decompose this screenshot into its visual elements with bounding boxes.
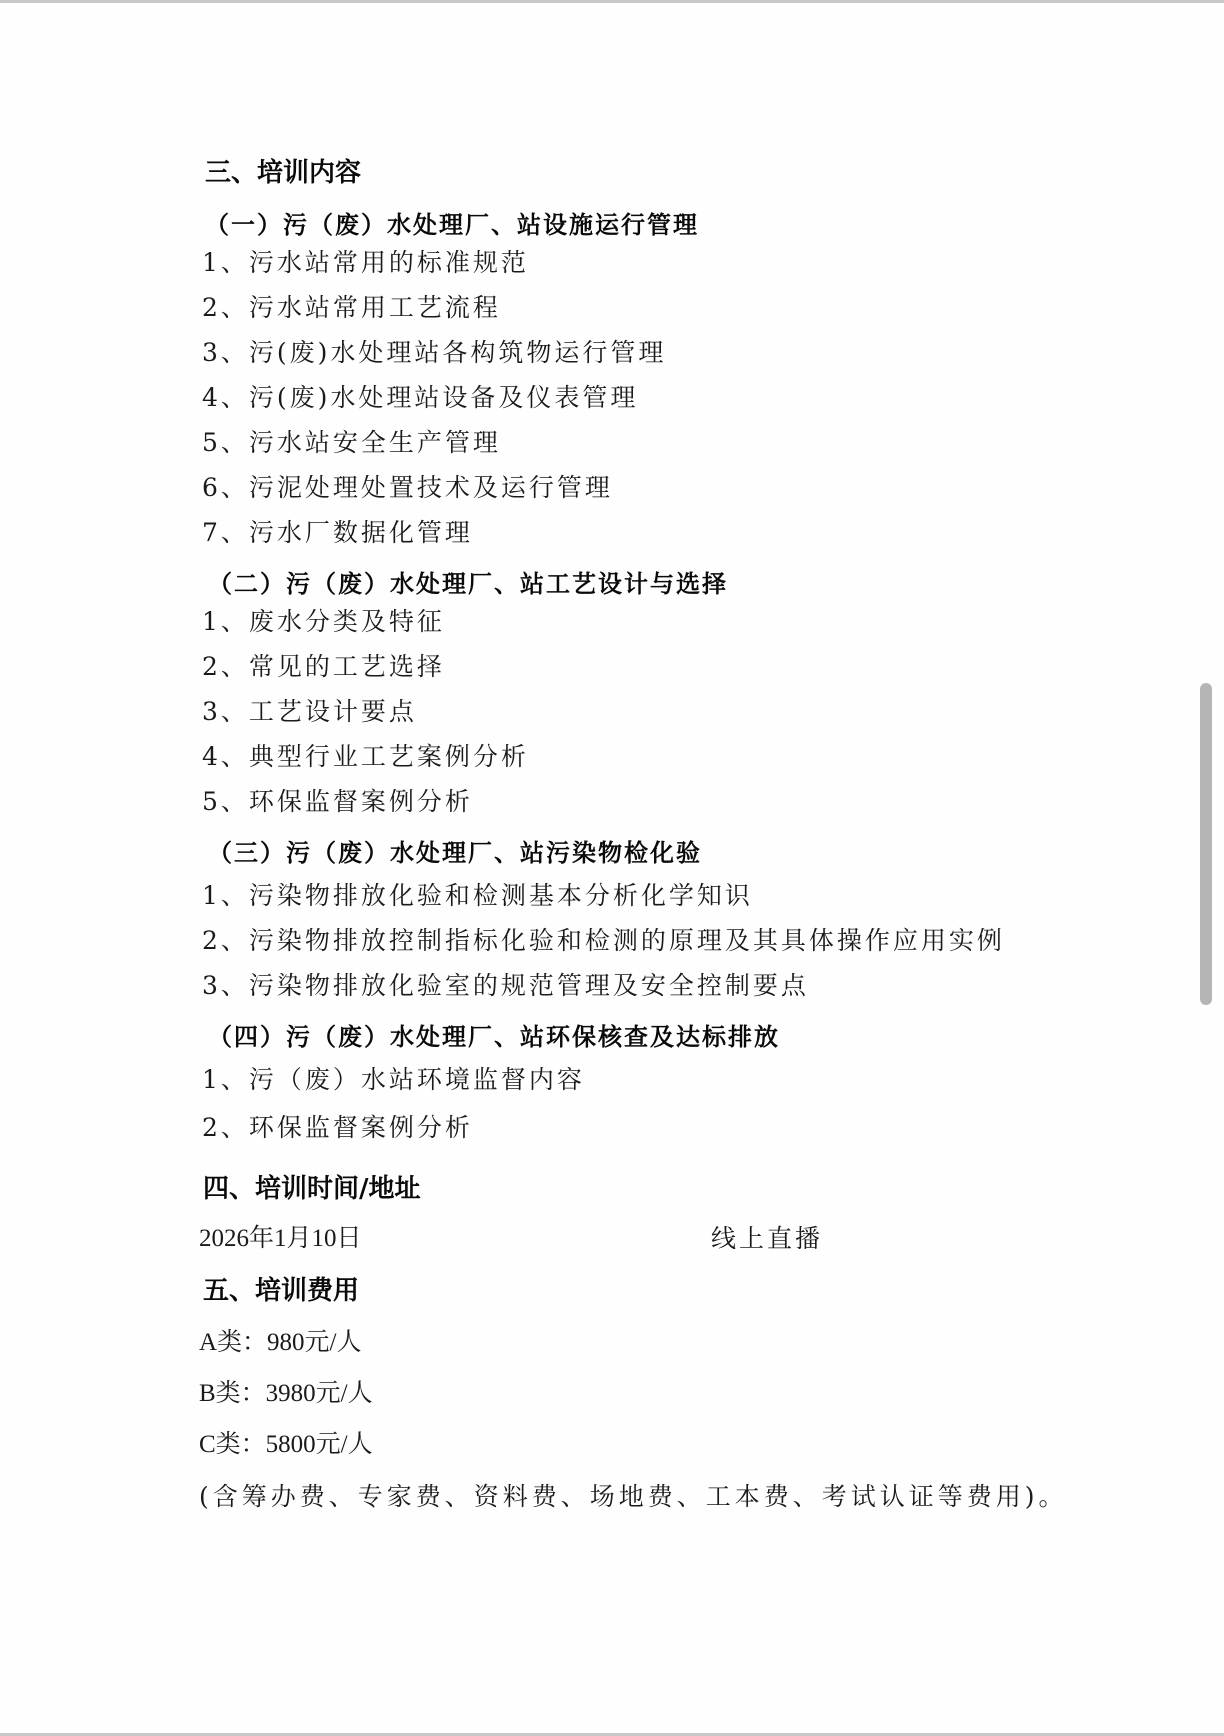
section-heading-time-location: 四、培训时间/地址 [203, 1176, 421, 1202]
list-item: 5、污水站安全生产管理 [202, 430, 501, 455]
fee-item-c: C类：5800元/人 [199, 1432, 373, 1457]
list-item: 1、污（废）水站环境监督内容 [202, 1067, 585, 1092]
training-location: 线上直播 [711, 1226, 823, 1251]
list-item: 2、污染物排放控制指标化验和检测的原理及其具体操作应用实例 [202, 928, 1005, 953]
list-item: 4、污(废)水处理站设备及仪表管理 [202, 385, 638, 410]
subsection-heading-4: （四）污（废）水处理厂、站环保核查及达标排放 [208, 1025, 780, 1049]
document-page: 三、培训内容 （一）污（废）水处理厂、站设施运行管理 1、污水站常用的标准规范 … [0, 0, 1224, 1736]
list-item: 3、工艺设计要点 [202, 699, 417, 724]
list-item: 5、环保监督案例分析 [202, 789, 473, 814]
subsection-heading-2: （二）污（废）水处理厂、站工艺设计与选择 [208, 572, 728, 596]
list-item: 6、污泥处理处置技术及运行管理 [202, 475, 613, 500]
fee-item-b: B类：3980元/人 [199, 1381, 373, 1406]
subsection-heading-1: （一）污（废）水处理厂、站设施运行管理 [205, 213, 699, 237]
list-item: 1、污水站常用的标准规范 [202, 250, 529, 275]
list-item: 1、废水分类及特征 [202, 609, 445, 634]
scrollbar-thumb[interactable] [1200, 683, 1212, 1005]
fee-item-a: A类：980元/人 [199, 1330, 362, 1355]
list-item: 1、污染物排放化验和检测基本分析化学知识 [202, 883, 753, 908]
list-item: 4、典型行业工艺案例分析 [202, 744, 529, 769]
training-date: 2026年1月10日 [199, 1226, 362, 1251]
list-item: 2、污水站常用工艺流程 [202, 295, 501, 320]
list-item: 2、常见的工艺选择 [202, 654, 445, 679]
subsection-heading-3: （三）污（废）水处理厂、站污染物检化验 [208, 841, 702, 865]
list-item: 3、污(废)水处理站各构筑物运行管理 [202, 340, 666, 365]
list-item: 3、污染物排放化验室的规范管理及安全控制要点 [202, 973, 809, 998]
fee-note: (含筹办费、专家费、资料费、场地费、工本费、考试认证等费用)。 [199, 1484, 1068, 1509]
list-item: 2、环保监督案例分析 [202, 1115, 473, 1140]
section-heading-training-content: 三、培训内容 [205, 160, 361, 186]
section-heading-fees: 五、培训费用 [203, 1278, 359, 1304]
list-item: 7、污水厂数据化管理 [202, 520, 473, 545]
